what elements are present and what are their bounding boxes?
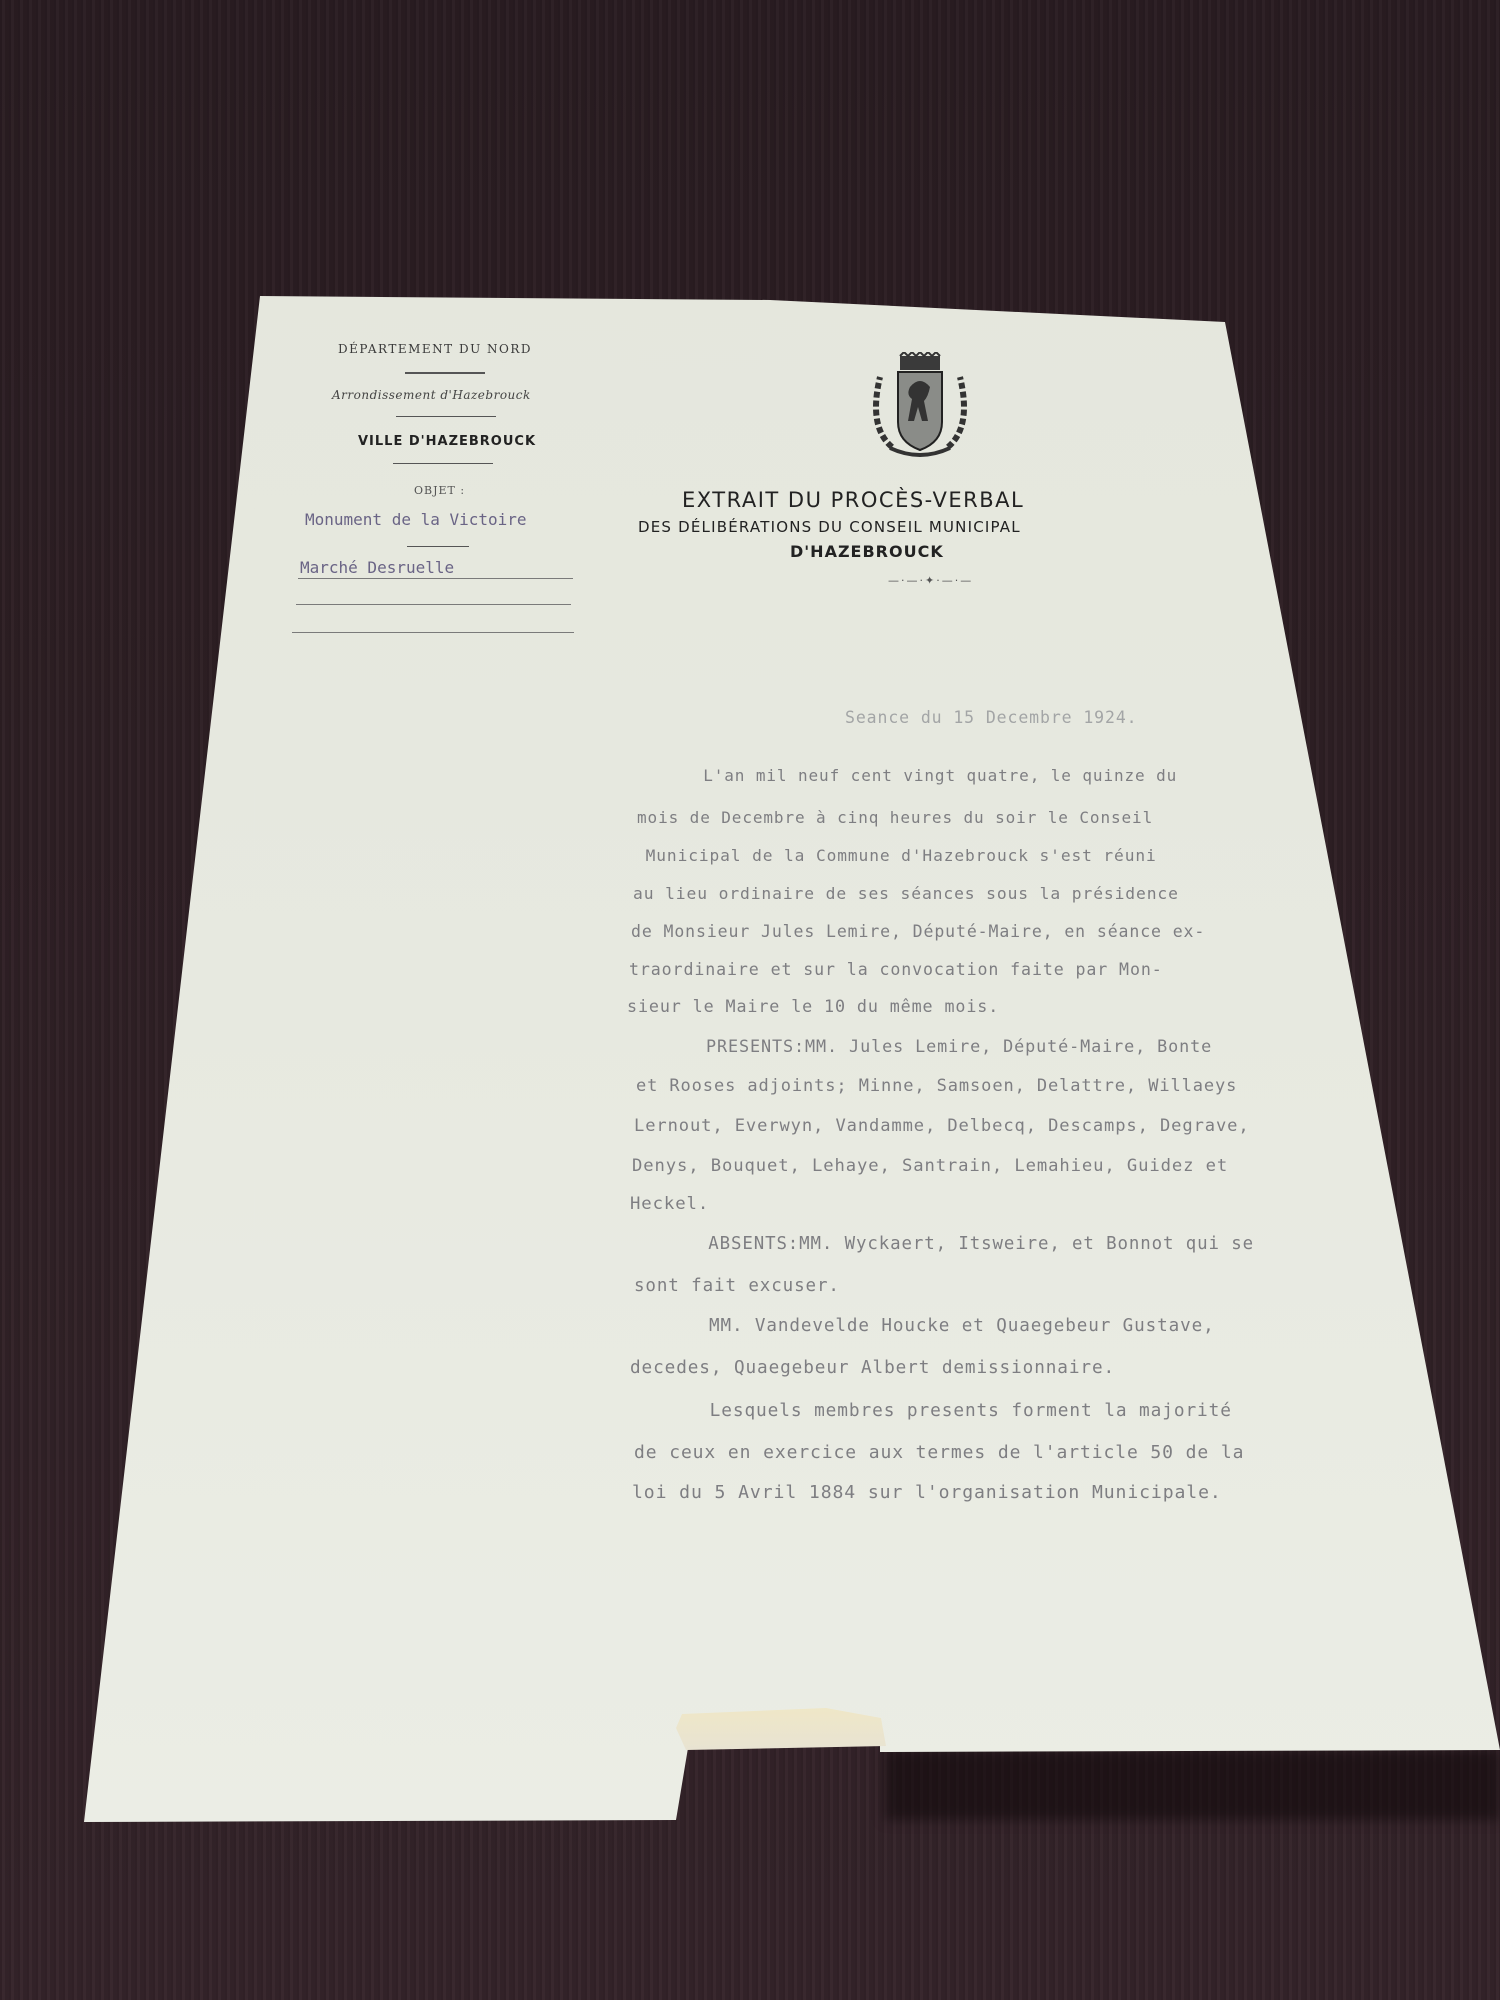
objet-line-1: Monument de la Victoire	[305, 510, 527, 529]
minutes-line: Lernout, Everwyn, Vandamme, Delbecq, Des…	[634, 1116, 1250, 1136]
minutes-line: Heckel.	[630, 1194, 709, 1214]
minutes-line: mois de Decembre à cinq heures du soir l…	[637, 808, 1153, 827]
minutes-line: Lesquels membres presents forment la maj…	[640, 1400, 1232, 1421]
minutes-line: loi du 5 Avril 1884 sur l'organisation M…	[632, 1482, 1222, 1503]
document-municipality: D'HAZEBROUCK	[790, 542, 944, 561]
objet-rule	[298, 578, 573, 579]
minutes-line: et Rooses adjoints; Minne, Samsoen, Dela…	[636, 1076, 1237, 1096]
minutes-line: traordinaire et sur la convocation faite…	[629, 960, 1163, 979]
ville-label: VILLE D'HAZEBROUCK	[358, 434, 536, 449]
ornament-divider	[407, 546, 469, 547]
minutes-line: sieur le Maire le 10 du même mois.	[627, 996, 999, 1016]
minutes-line: au lieu ordinaire de ses séances sous la…	[633, 884, 1179, 903]
minutes-line: L'an mil neuf cent vingt quatre, le quin…	[640, 766, 1177, 785]
document-title: EXTRAIT DU PROCÈS-VERBAL	[682, 488, 1024, 512]
seance-date: Seance du 15 Decembre 1924.	[845, 708, 1138, 727]
ornament-divider	[396, 416, 496, 417]
objet-label: OBJET :	[414, 484, 465, 497]
minutes-line: MM. Vandevelde Houcke et Quaegebeur Gust…	[640, 1316, 1215, 1336]
objet-rule	[296, 604, 571, 605]
minutes-line: sont fait excuser.	[634, 1276, 840, 1296]
folded-paper-tab	[676, 1708, 886, 1750]
title-ornament: —·—·✦·—·—	[888, 574, 973, 587]
minutes-line: de Monsieur Jules Lemire, Député-Maire, …	[631, 922, 1205, 941]
minutes-line: ABSENTS:MM. Wyckaert, Itsweire, et Bonno…	[640, 1234, 1254, 1254]
minutes-line: decedes, Quaegebeur Albert demissionnair…	[630, 1358, 1115, 1378]
ornament-divider	[393, 463, 493, 464]
minutes-line: Municipal de la Commune d'Hazebrouck s'e…	[635, 846, 1157, 865]
objet-rule	[292, 632, 574, 633]
department-label: DÉPARTEMENT DU NORD	[338, 342, 532, 356]
objet-line-2: Marché Desruelle	[300, 558, 454, 577]
arrondissement-label: Arrondissement d'Hazebrouck	[332, 388, 531, 402]
paper-shadow	[885, 1750, 1500, 1820]
minutes-line: Denys, Bouquet, Lehaye, Santrain, Lemahi…	[632, 1156, 1228, 1176]
ornament-divider	[405, 372, 485, 374]
coat-of-arms-icon	[840, 352, 1000, 462]
minutes-line: de ceux en exercice aux termes de l'arti…	[634, 1442, 1244, 1463]
document-subtitle: DES DÉLIBÉRATIONS DU CONSEIL MUNICIPAL	[638, 518, 1021, 536]
minutes-line: PRESENTS:MM. Jules Lemire, Député-Maire,…	[640, 1036, 1212, 1056]
